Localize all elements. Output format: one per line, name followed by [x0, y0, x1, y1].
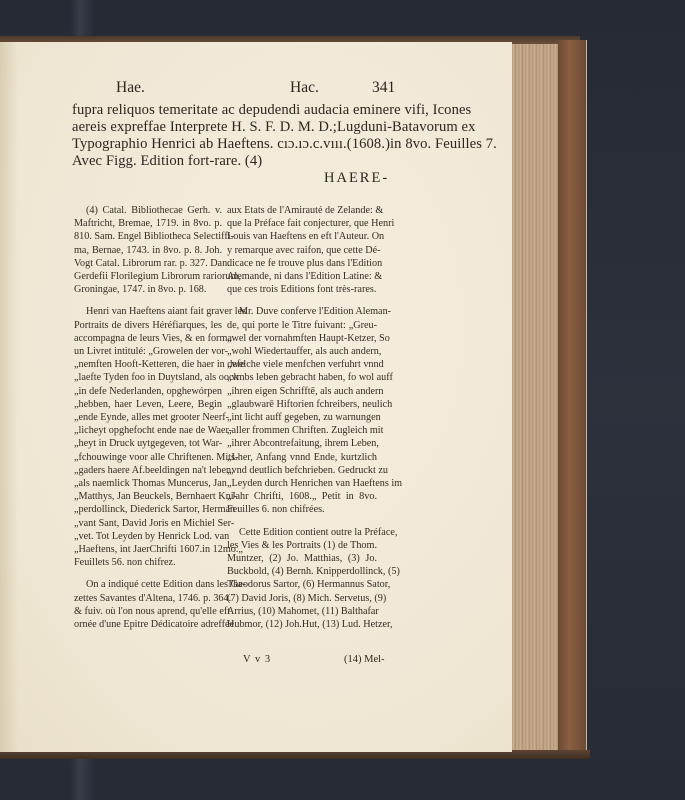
text-line: „gaders haere Af.beeldingen na't leben,: [74, 464, 222, 477]
text-line: „als naemlick Thomas Muncerus, Jan: [74, 477, 222, 490]
text-line: Arrius, (10) Mahomet, (11) Balthafar: [227, 605, 377, 618]
text-line: aux Etats de l'Amirauté de Zelande: &: [227, 204, 377, 217]
text-line: Groningae, 1747. in 8vo. p. 168.: [74, 283, 222, 296]
text-line: „ende Eynde, alles met grooter Neerf-: [74, 411, 222, 424]
text-line: Hubmor, (12) Joh.Hut, (13) Lud. Hetzer,: [227, 618, 377, 631]
intro-paragraph: fupra reliquos temeritate ac depudendi a…: [72, 102, 384, 170]
text-line: que ces trois Editions font très-rares.: [227, 283, 377, 296]
text-line: „Jahr Chrifti, 1608.„ Petit in 8vo.: [227, 490, 377, 503]
text-line: Feuillets 56. non chifrez.: [74, 556, 222, 569]
text-line: ornée d'une Epitre Dédicatoire adreffée: [74, 618, 222, 631]
text-line: „vant Sant, David Joris en Michiel Ser-: [74, 517, 222, 530]
paragraph-duve: Mr. Duve conferve l'Edition Aleman- de, …: [227, 305, 377, 516]
text-line: „Lher, Anfang vnnd Ende, kurtzlich: [227, 451, 377, 464]
text-line: Henri van Haeftens aiant fait graver les: [74, 305, 222, 318]
page-number: 341: [372, 79, 395, 97]
text-line: „Haeftens, int JaerChrifti 1607.in 12mo.…: [74, 543, 222, 556]
text-line: dicace ne fe trouve plus dans l'Edition: [227, 257, 377, 270]
text-line: Vogt Catal. Librorum rar. p. 327. Dan.: [74, 257, 222, 270]
text-line: „wel der vornahmften Haupt-Ketzer, So: [227, 332, 377, 345]
book-page: Hae. Hac. 341 fupra reliquos temeritate …: [0, 42, 512, 752]
text-line: „ihrer Abcontrefaitung, ihrem Leben,: [227, 437, 377, 450]
text-line: (4) Catal. Bibliothecae Gerh. v.: [74, 204, 222, 217]
text-line: „int licht auff gegeben, zu warnungen: [227, 411, 377, 424]
text-line: „licheyt opghefocht ende nae de Waer-: [74, 424, 222, 437]
text-line: les Vies & les Portraits (1) de Thom.: [227, 539, 377, 552]
text-line: Gerdefii Florilegium Librorum rariorum,: [74, 270, 222, 283]
running-head-center: Hac.: [290, 79, 319, 97]
running-head: Hae. Hac. 341: [0, 79, 512, 99]
text-line: Muntzer, (2) Jo. Matthias, (3) Jo.: [227, 552, 377, 565]
text-line: „vmbs leben gebracht haben, fo wol auff: [227, 371, 377, 384]
text-line: que la Préface fait conjecturer, que Hen…: [227, 217, 377, 230]
text-line: „Matthys, Jan Beuckels, Bernhaert Kni-: [74, 490, 222, 503]
text-line: On a indiqué cette Edition dans les Ga-: [74, 578, 222, 591]
text-line: „vet. Tot Leyden by Henrick Lod. van: [74, 530, 222, 543]
text-line: Maftricht, Bremae, 1719. in 8vo. p.: [74, 217, 222, 230]
text-line: un Livret intitulé: „Growelen der vor-: [74, 345, 222, 358]
page-block-edge: [512, 44, 558, 752]
intro-line: Typographio Henrici ab Haeftens. cıɔ.ıɔ.…: [72, 136, 384, 153]
book-cover-spine-edge: [558, 40, 587, 758]
text-line: „laefte Tyden foo in Duytsland, als oock: [74, 371, 222, 384]
text-line: (7) David Joris, (8) Mich. Servetus, (9): [227, 592, 377, 605]
text-line: „welche viele menfchen verfuhrt vnnd: [227, 358, 377, 371]
text-line: Louis van Haeftens en eft l'Auteur. On: [227, 230, 377, 243]
catchword-top: HAERE-: [324, 170, 389, 187]
text-line: Alemande, ni dans l'Edition Latine: &: [227, 270, 377, 283]
text-line: „Leyden durch Henrichen van Haeftens im: [227, 477, 377, 490]
paragraph-gazettes: On a indiqué cette Edition dans les Ga- …: [74, 578, 222, 631]
text-line: Theodorus Sartor, (6) Hermannus Sator,: [227, 578, 377, 591]
catchword-bottom: (14) Mel-: [344, 654, 385, 665]
paragraph-amiraute: aux Etats de l'Amirauté de Zelande: & qu…: [227, 204, 377, 296]
right-column: aux Etats de l'Amirauté de Zelande: & qu…: [227, 204, 377, 640]
text-line: y remarque avec raifon, que cette Dé-: [227, 244, 377, 257]
text-line: de, qui porte le Titre fuivant: „Greu-: [227, 319, 377, 332]
text-line: „heyt in Druck uytgegeven, tot War-: [74, 437, 222, 450]
running-head-left: Hae.: [116, 79, 145, 97]
signature-mark: V v 3: [243, 654, 271, 665]
text-line: & fuiv. où l'on nous aprend, qu'elle eft: [74, 605, 222, 618]
text-line: „perdollinck, Diederick Sartor, Herman: [74, 503, 222, 516]
text-line: „glaubwarē Hiftorien fchreibers, neulich: [227, 398, 377, 411]
intro-line: fupra reliquos temeritate ac depudendi a…: [72, 102, 384, 119]
intro-line: Avec Figg. Edition fort-rare. (4): [72, 153, 384, 170]
left-column: (4) Catal. Bibliothecae Gerh. v. Maftric…: [74, 204, 222, 640]
text-line: Cette Edition contient outre la Préface,: [227, 526, 377, 539]
gutter-shadow: [0, 42, 18, 752]
text-line: Buckbold, (4) Bernh. Knipperdollinck, (5…: [227, 565, 377, 578]
text-line: „aller frommen Chriften. Zugleich mit: [227, 424, 377, 437]
text-line: 810. Sam. Engel Bibliotheca Selectiffi-: [74, 230, 222, 243]
text-line: „in defe Nederlanden, opghewórpen: [74, 385, 222, 398]
text-line: accompagna de leurs Vies, & en forma: [74, 332, 222, 345]
text-line: Mr. Duve conferve l'Edition Aleman-: [227, 305, 377, 318]
footnote-4: (4) Catal. Bibliothecae Gerh. v. Maftric…: [74, 204, 222, 296]
text-line: Feuilles 6. non chifrées.: [227, 503, 377, 516]
text-line: „wohl Wiedertauffer, als auch andern,: [227, 345, 377, 358]
text-line: „vnd deutlich befchrieben. Gedruckt zu: [227, 464, 377, 477]
text-line: Portraits de divers Héréfiarques, les: [74, 319, 222, 332]
text-line: zettes Savantes d'Altena, 1746. p. 364.: [74, 592, 222, 605]
text-line: „ihren eigen Schrifftē, als auch andern: [227, 385, 377, 398]
intro-line: aereis expreffae Interprete H. S. F. D. …: [72, 119, 384, 136]
paragraph-contents: Cette Edition contient outre la Préface,…: [227, 526, 377, 632]
text-line: ma, Bernae, 1743. in 8vo. p. 8. Joh.: [74, 244, 222, 257]
text-line: „nemften Hooft-Ketteren, die haer in def…: [74, 358, 222, 371]
text-line: „fchouwinge voor alle Chriftenen. Mits-: [74, 451, 222, 464]
paragraph-haestens: Henri van Haeftens aiant fait graver les…: [74, 305, 222, 569]
text-line: „hebben, haer Leven, Leere, Begin: [74, 398, 222, 411]
